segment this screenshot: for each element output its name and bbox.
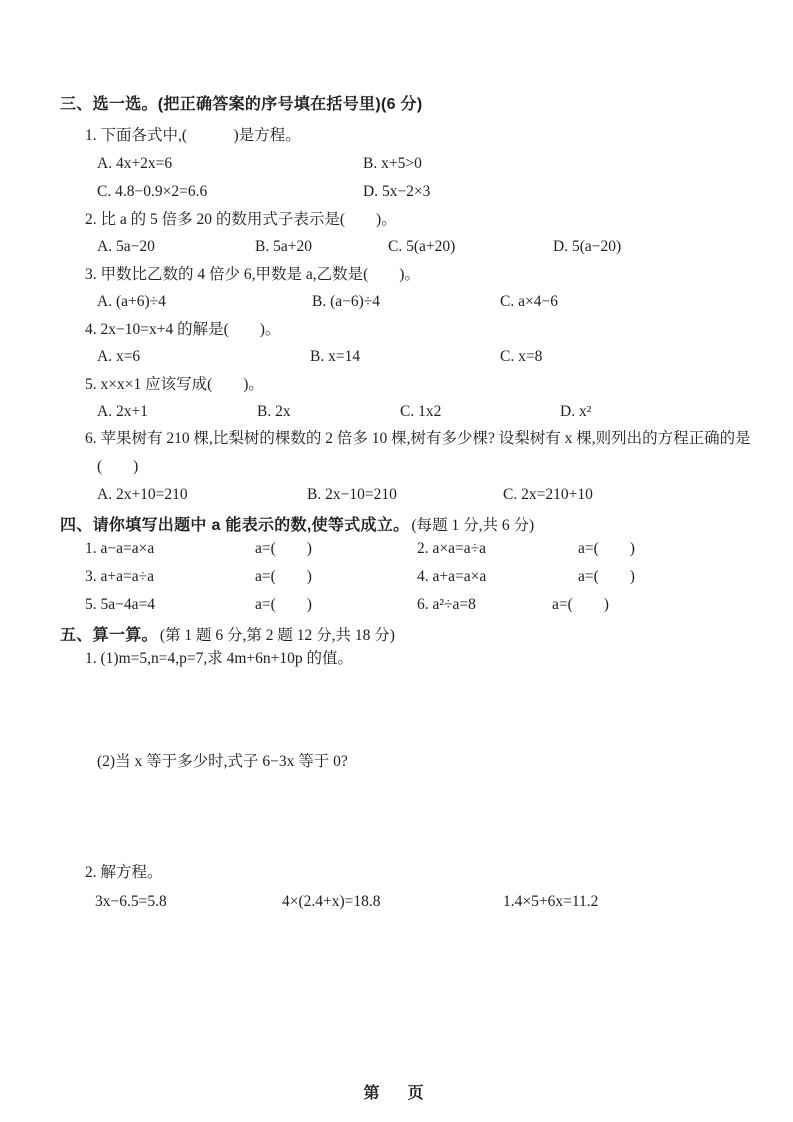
fill-item-4-blank: a=( ) bbox=[578, 568, 635, 587]
option-3-5-c: C. 1x2 bbox=[400, 403, 441, 422]
option-3-5-a: A. 2x+1 bbox=[97, 403, 148, 422]
option-3-1-b: B. x+5>0 bbox=[363, 155, 422, 174]
fill-item-5-blank: a=( ) bbox=[255, 596, 312, 615]
fill-item-1: 1. a−a=a×a bbox=[85, 540, 154, 559]
fill-item-6: 6. a²÷a=8 bbox=[417, 596, 476, 615]
question-3-6-answer-blank: ( ) bbox=[97, 458, 138, 477]
fill-item-5: 5. 5a−4a=4 bbox=[85, 596, 155, 615]
option-3-3-b: B. (a−6)÷4 bbox=[312, 293, 380, 312]
question-3-1-text: 1. 下面各式中,( )是方程。 bbox=[85, 127, 301, 146]
section4-heading: 四、请你填写出题中 a 能表示的数,使等式成立。 bbox=[60, 512, 409, 535]
page-footer: 第 页 bbox=[0, 1080, 793, 1103]
option-3-6-b: B. 2x−10=210 bbox=[307, 486, 397, 505]
fill-item-2-blank: a=( ) bbox=[578, 540, 635, 559]
calc-question-2: 2. 解方程。 bbox=[85, 864, 163, 883]
section4-score-note: (每题 1 分,共 6 分) bbox=[411, 513, 534, 535]
equation-2: 4×(2.4+x)=18.8 bbox=[282, 893, 381, 912]
worksheet-page: 三、选一选。(把正确答案的序号填在括号里)(6 分) 1. 下面各式中,( )是… bbox=[0, 0, 793, 1122]
fill-item-6-blank: a=( ) bbox=[552, 596, 609, 615]
calc-question-1-2: (2)当 x 等于多少时,式子 6−3x 等于 0? bbox=[97, 753, 348, 772]
section5-score-note: (第 1 题 6 分,第 2 题 12 分,共 18 分) bbox=[160, 623, 395, 645]
option-3-5-d: D. x² bbox=[560, 403, 591, 422]
section5-heading-row: 五、算一算。 (第 1 题 6 分,第 2 题 12 分,共 18 分) bbox=[60, 622, 395, 645]
calc-question-1-1: 1. (1)m=5,n=4,p=7,求 4m+6n+10p 的值。 bbox=[85, 650, 353, 669]
option-3-2-c: C. 5(a+20) bbox=[388, 238, 455, 257]
option-3-3-c: C. a×4−6 bbox=[500, 293, 558, 312]
question-3-2-text: 2. 比 a 的 5 倍多 20 的数用式子表示是( )。 bbox=[85, 211, 397, 230]
fill-item-3-blank: a=( ) bbox=[255, 568, 312, 587]
question-3-6-text: 6. 苹果树有 210 棵,比梨树的棵数的 2 倍多 10 棵,树有多少棵? 设… bbox=[85, 430, 751, 449]
option-3-3-a: A. (a+6)÷4 bbox=[97, 293, 166, 312]
section4-heading-row: 四、请你填写出题中 a 能表示的数,使等式成立。 (每题 1 分,共 6 分) bbox=[60, 512, 534, 535]
section3-heading: 三、选一选。(把正确答案的序号填在括号里)(6 分) bbox=[60, 95, 422, 114]
option-3-2-b: B. 5a+20 bbox=[255, 238, 312, 257]
option-3-6-c: C. 2x=210+10 bbox=[503, 486, 593, 505]
option-3-4-b: B. x=14 bbox=[310, 348, 360, 367]
option-3-1-c: C. 4.8−0.9×2=6.6 bbox=[97, 183, 207, 202]
option-3-2-a: A. 5a−20 bbox=[97, 238, 155, 257]
option-3-1-a: A. 4x+2x=6 bbox=[97, 155, 172, 174]
fill-item-1-blank: a=( ) bbox=[255, 540, 312, 559]
fill-item-2: 2. a×a=a÷a bbox=[417, 540, 486, 559]
equation-1: 3x−6.5=5.8 bbox=[95, 893, 167, 912]
option-3-4-a: A. x=6 bbox=[97, 348, 140, 367]
option-3-1-d: D. 5x−2×3 bbox=[363, 183, 430, 202]
fill-item-3: 3. a+a=a÷a bbox=[85, 568, 154, 587]
option-3-2-d: D. 5(a−20) bbox=[553, 238, 621, 257]
section5-heading: 五、算一算。 bbox=[60, 622, 158, 645]
option-3-5-b: B. 2x bbox=[257, 403, 291, 422]
option-3-4-c: C. x=8 bbox=[500, 348, 542, 367]
question-3-5-text: 5. x×x×1 应该写成( )。 bbox=[85, 376, 264, 395]
question-3-4-text: 4. 2x−10=x+4 的解是( )。 bbox=[85, 321, 280, 340]
question-3-3-text: 3. 甲数比乙数的 4 倍少 6,甲数是 a,乙数是( )。 bbox=[85, 266, 420, 285]
fill-item-4: 4. a+a=a×a bbox=[417, 568, 486, 587]
option-3-6-a: A. 2x+10=210 bbox=[97, 486, 188, 505]
equation-3: 1.4×5+6x=11.2 bbox=[503, 893, 598, 912]
